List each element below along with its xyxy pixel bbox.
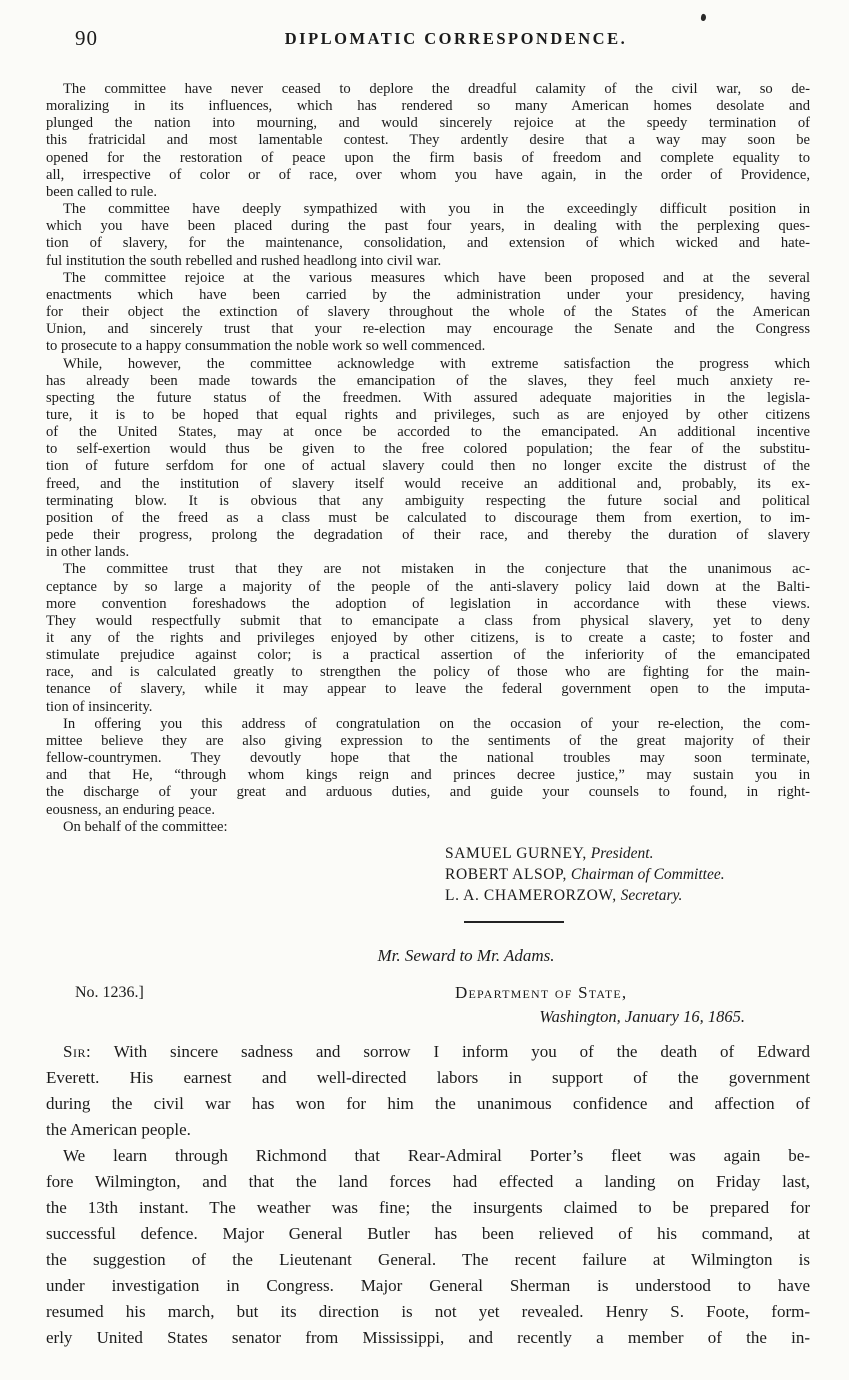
letter-number: No. 1236.] xyxy=(75,984,144,1002)
paragraph: The committee trust that they are not mi… xyxy=(46,561,810,715)
text-line: which you have been placed during the pa… xyxy=(46,218,810,235)
text-line: They would respectfully submit that to e… xyxy=(46,613,810,630)
text-line: While, however, the committee acknowledg… xyxy=(46,356,810,373)
text-line: specting the future status of the freedm… xyxy=(46,390,810,407)
on-behalf-line: On behalf of the committee: xyxy=(46,819,810,836)
text-line: the discharge of your great and arduous … xyxy=(46,784,810,801)
text-line: in other lands. xyxy=(46,544,810,561)
text-line: The committee have never ceased to deplo… xyxy=(46,81,810,98)
text-line: eousness, an enduring peace. xyxy=(46,802,810,819)
text-line: position of the freed as a class must be… xyxy=(46,510,810,527)
scan-speck xyxy=(700,14,706,22)
signature-block: SAMUEL GURNEY, President.ROBERT ALSOP, C… xyxy=(445,843,810,906)
signer-name: L. A. CHAMERORZOW, xyxy=(445,887,617,904)
committee-address: The committee have never ceased to deplo… xyxy=(46,81,810,906)
letter-department: Department of State, xyxy=(455,983,627,1003)
text-line: and that He, “through whom kings reign a… xyxy=(46,767,810,784)
text-line: successful defence. Major General Butler… xyxy=(46,1221,810,1247)
text-line: ture, it is to be hoped that equal right… xyxy=(46,407,810,424)
text-line: the suggestion of the Lieutenant General… xyxy=(46,1247,810,1273)
text-line: plunged the nation into mourning, and wo… xyxy=(46,115,810,132)
text-line: has already been made towards the emanci… xyxy=(46,373,810,390)
text-line: ful institution the south rebelled and r… xyxy=(46,253,810,270)
text-line: for their object the extinction of slave… xyxy=(46,304,810,321)
text-line: pede their progress, prolong the degrada… xyxy=(46,527,810,544)
signature-line: L. A. CHAMERORZOW, Secretary. xyxy=(445,885,810,906)
text-line: fore Wilmington, and that the land force… xyxy=(46,1169,810,1195)
text-line: race, and is calculated greatly to stren… xyxy=(46,664,810,681)
text-line: opened for the restoration of peace upon… xyxy=(46,150,810,167)
text-line: to self-exertion would thus be given to … xyxy=(46,441,810,458)
letter-paragraphs: Sir: With sincere sadness and sorrow I i… xyxy=(46,1039,810,1351)
paragraph: In offering you this address of congratu… xyxy=(46,716,810,819)
signature-line: ROBERT ALSOP, Chairman of Committee. xyxy=(445,864,810,885)
text-line: of the United States, may at once be acc… xyxy=(46,424,810,441)
text-line: enactments which have been carried by th… xyxy=(46,287,810,304)
paragraph: The committee have deeply sympathized wi… xyxy=(46,201,810,270)
letter-heading: Mr. Seward to Mr. Adams. xyxy=(84,946,848,968)
text-line: tion of slavery, for the maintenance, co… xyxy=(46,235,810,252)
paragraph: The committee have never ceased to deplo… xyxy=(46,81,810,201)
text-line: under investigation in Congress. Major G… xyxy=(46,1273,810,1299)
text-line: terminating blow. It is obvious that any… xyxy=(46,493,810,510)
text-line: more convention foreshadows the adoption… xyxy=(46,596,810,613)
letter-meta-row: No. 1236.] Department of State, xyxy=(46,983,810,1007)
text-line: resumed his march, but its direction is … xyxy=(46,1299,810,1325)
signer-role: Secretary. xyxy=(617,887,683,904)
signer-name: ROBERT ALSOP, xyxy=(445,866,567,883)
text-line: freed, and the institution of slavery it… xyxy=(46,476,810,493)
text-line: tion of future serfdom for one of actual… xyxy=(46,458,810,475)
salutation: Sir: xyxy=(63,1042,91,1061)
page-title: DIPLOMATIC CORRESPONDENCE. xyxy=(74,26,838,49)
text-line: during the civil war has won for him the… xyxy=(46,1091,810,1117)
text-line: it any of the rights and privileges enjo… xyxy=(46,630,810,647)
text-line: to prosecute to a happy consummation the… xyxy=(46,338,810,355)
signer-role: Chairman of Committee. xyxy=(567,866,725,883)
text-line: tenance of slavery, while it may appear … xyxy=(46,681,810,698)
address-paragraphs: The committee have never ceased to deplo… xyxy=(46,81,810,819)
text-line: Union, and sincerely trust that your re-… xyxy=(46,321,810,338)
paragraph: The committee rejoice at the various mea… xyxy=(46,270,810,356)
text-line: ceptance by so large a majority of the p… xyxy=(46,579,810,596)
text-line: In offering you this address of congratu… xyxy=(46,716,810,733)
seward-letter: Mr. Seward to Mr. Adams. No. 1236.] Depa… xyxy=(46,946,810,1351)
text-line: mittee believe they are also giving expr… xyxy=(46,733,810,750)
paragraph: While, however, the committee acknowledg… xyxy=(46,356,810,562)
running-head: 90 DIPLOMATIC CORRESPONDENCE. xyxy=(46,26,810,48)
paragraph: We learn through Richmond that Rear-Admi… xyxy=(46,1143,810,1351)
text-line: fellow-countrymen. They devoutly hope th… xyxy=(46,750,810,767)
document-page: 90 DIPLOMATIC CORRESPONDENCE. The commit… xyxy=(0,0,849,1380)
text-line: The committee have deeply sympathized wi… xyxy=(46,201,810,218)
text-line: Everett. His earnest and well-directed l… xyxy=(46,1065,810,1091)
paragraph: Sir: With sincere sadness and sorrow I i… xyxy=(46,1039,810,1143)
text-line: the American people. xyxy=(46,1117,810,1143)
text-line: all, irrespective of color or of race, o… xyxy=(46,167,810,184)
signer-name: SAMUEL GURNEY, xyxy=(445,845,587,862)
text-line: this fratricidal and most lamentable con… xyxy=(46,132,810,149)
text-line: stimulate prejudice against color; is a … xyxy=(46,647,810,664)
text-line: Sir: With sincere sadness and sorrow I i… xyxy=(46,1039,810,1065)
signature-line: SAMUEL GURNEY, President. xyxy=(445,843,810,864)
text-line: The committee rejoice at the various mea… xyxy=(46,270,810,287)
text-line: been called to rule. xyxy=(46,184,810,201)
text-line: tion of insincerity. xyxy=(46,699,810,716)
letter-dateline: Washington, January 16, 1865. xyxy=(46,1007,810,1031)
text-line: the 13th instant. The weather was fine; … xyxy=(46,1195,810,1221)
text-line: erly United States senator from Mississi… xyxy=(46,1325,810,1351)
section-divider xyxy=(464,921,564,923)
signer-role: President. xyxy=(587,845,654,862)
text-line: moralizing in its influences, which has … xyxy=(46,98,810,115)
text-line: The committee trust that they are not mi… xyxy=(46,561,810,578)
text-line: We learn through Richmond that Rear-Admi… xyxy=(46,1143,810,1169)
